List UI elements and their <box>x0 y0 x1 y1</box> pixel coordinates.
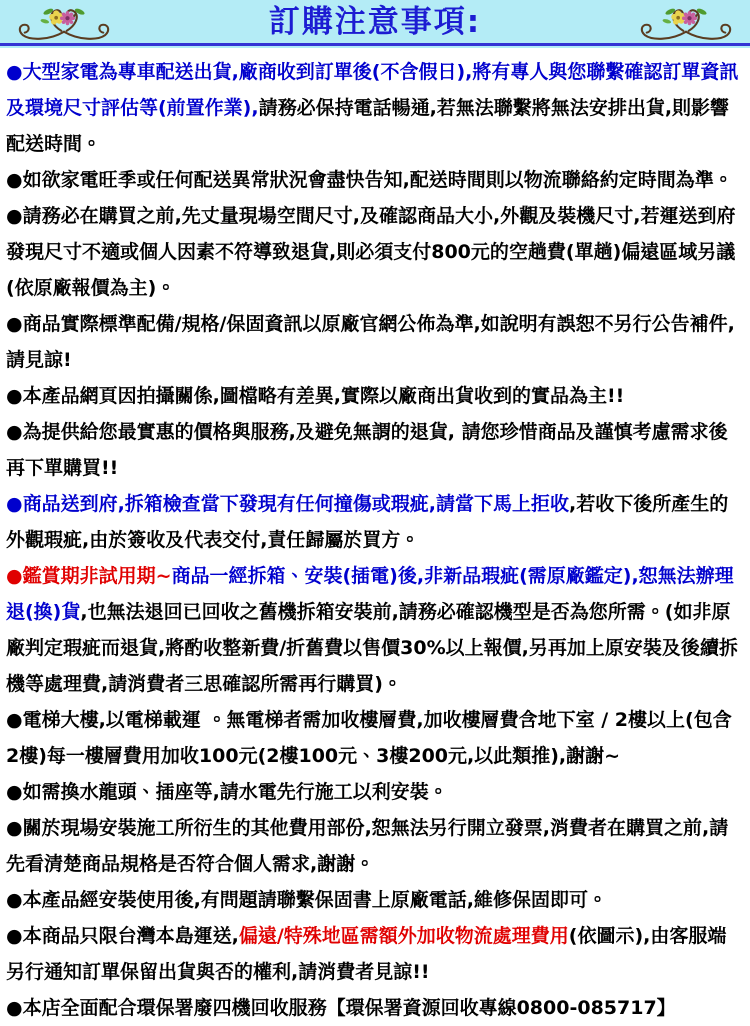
notice-item: ●商品實際標準配備/規格/保固資訊以原廠官網公佈為準,如說明有誤恕不另行公告補件… <box>6 306 744 378</box>
header: 訂購注意事項: <box>0 0 750 46</box>
notice-segment: ●商品實際標準配備/規格/保固資訊以原廠官網公佈為準,如說明有誤恕不另行公告補件… <box>6 313 735 371</box>
flower-ornament-icon <box>16 2 112 44</box>
notice-segment: 偏遠/特殊地區需額外加收物流處理費用 <box>239 925 569 947</box>
notice-segment: ●商品送到府,拆箱檢查當下發現有任何撞傷或瑕疵,請當下馬上拒收 <box>6 493 569 515</box>
notice-segment: ●關於現場安裝施工所衍生的其他費用部份,恕無法另行開立發票,消費者在購買之前,請… <box>6 817 728 875</box>
notice-segment: ●如需換水龍頭、插座等,請水電先行施工以利安裝。 <box>6 781 448 803</box>
notice-segment: ●鑑賞期非試用期~ <box>6 565 172 587</box>
notice-item: ●為提供給您最實惠的價格與服務,及避免無謂的退貨, 請您珍惜商品及謹慎考慮需求後… <box>6 414 744 486</box>
notice-item: ●本店全面配合環保署廢四機回收服務【環保署資源回收專線0800-085717】 <box>6 990 744 1026</box>
notice-item: ●如需換水龍頭、插座等,請水電先行施工以利安裝。 <box>6 774 744 810</box>
notice-item: ●關於現場安裝施工所衍生的其他費用部份,恕無法另行開立發票,消費者在購買之前,請… <box>6 810 744 882</box>
notice-segment: ,也無法退回已回收之舊機拆箱安裝前,請務必確認機型是否為您所需。(如非原廠判定瑕… <box>6 601 738 695</box>
notice-item: ●鑑賞期非試用期~商品一經拆箱、安裝(插電)後,非新品瑕疵(需原廠鑑定),恕無法… <box>6 558 744 702</box>
notice-segment: ●電梯大樓,以電梯載運 。無電梯者需加收樓層費,加收樓層費含地下室 / 2樓以上… <box>6 709 732 767</box>
notice-segment: ●本商品只限台灣本島運送, <box>6 925 239 947</box>
page-title: 訂購注意事項: <box>269 5 481 38</box>
notice-segment: ●請務必在購買之前,先丈量現場空間尺寸,及確認商品大小,外觀及裝機尺寸,若運送到… <box>6 205 735 299</box>
notice-segment: ●為提供給您最實惠的價格與服務,及避免無謂的退貨, 請您珍惜商品及謹慎考慮需求後… <box>6 421 728 479</box>
notice-segment: ●如欲家電旺季或任何配送異常狀況會盡快告知,配送時間則以物流聯絡約定時間為準。 <box>6 169 733 191</box>
notice-item: ●本產品經安裝使用後,有問題請聯繫保固書上原廠電話,維修保固即可。 <box>6 882 744 918</box>
notice-segment: ●本產品網頁因拍攝關係,圖檔略有差異,實際以廠商出貨收到的實品為主!! <box>6 385 624 407</box>
notice-item: ●本產品網頁因拍攝關係,圖檔略有差異,實際以廠商出貨收到的實品為主!! <box>6 378 744 414</box>
notice-list: ●大型家電為專車配送出貨,廠商收到訂單後(不含假日),將有專人與您聯繫確認訂單資… <box>0 48 750 1026</box>
notice-item: ●電梯大樓,以電梯載運 。無電梯者需加收樓層費,加收樓層費含地下室 / 2樓以上… <box>6 702 744 774</box>
notice-item: ●請務必在購買之前,先丈量現場空間尺寸,及確認商品大小,外觀及裝機尺寸,若運送到… <box>6 198 744 306</box>
notice-segment: ●本店全面配合環保署廢四機回收服務【環保署資源回收專線0800-085717】 <box>6 997 676 1019</box>
notice-segment: ●本產品經安裝使用後,有問題請聯繫保固書上原廠電話,維修保固即可。 <box>6 889 607 911</box>
notice-item: ●商品送到府,拆箱檢查當下發現有任何撞傷或瑕疵,請當下馬上拒收,若收下後所產生的… <box>6 486 744 558</box>
notice-item: ●大型家電為專車配送出貨,廠商收到訂單後(不含假日),將有專人與您聯繫確認訂單資… <box>6 54 744 162</box>
notice-item: ●如欲家電旺季或任何配送異常狀況會盡快告知,配送時間則以物流聯絡約定時間為準。 <box>6 162 744 198</box>
flower-ornament-icon <box>638 2 734 44</box>
